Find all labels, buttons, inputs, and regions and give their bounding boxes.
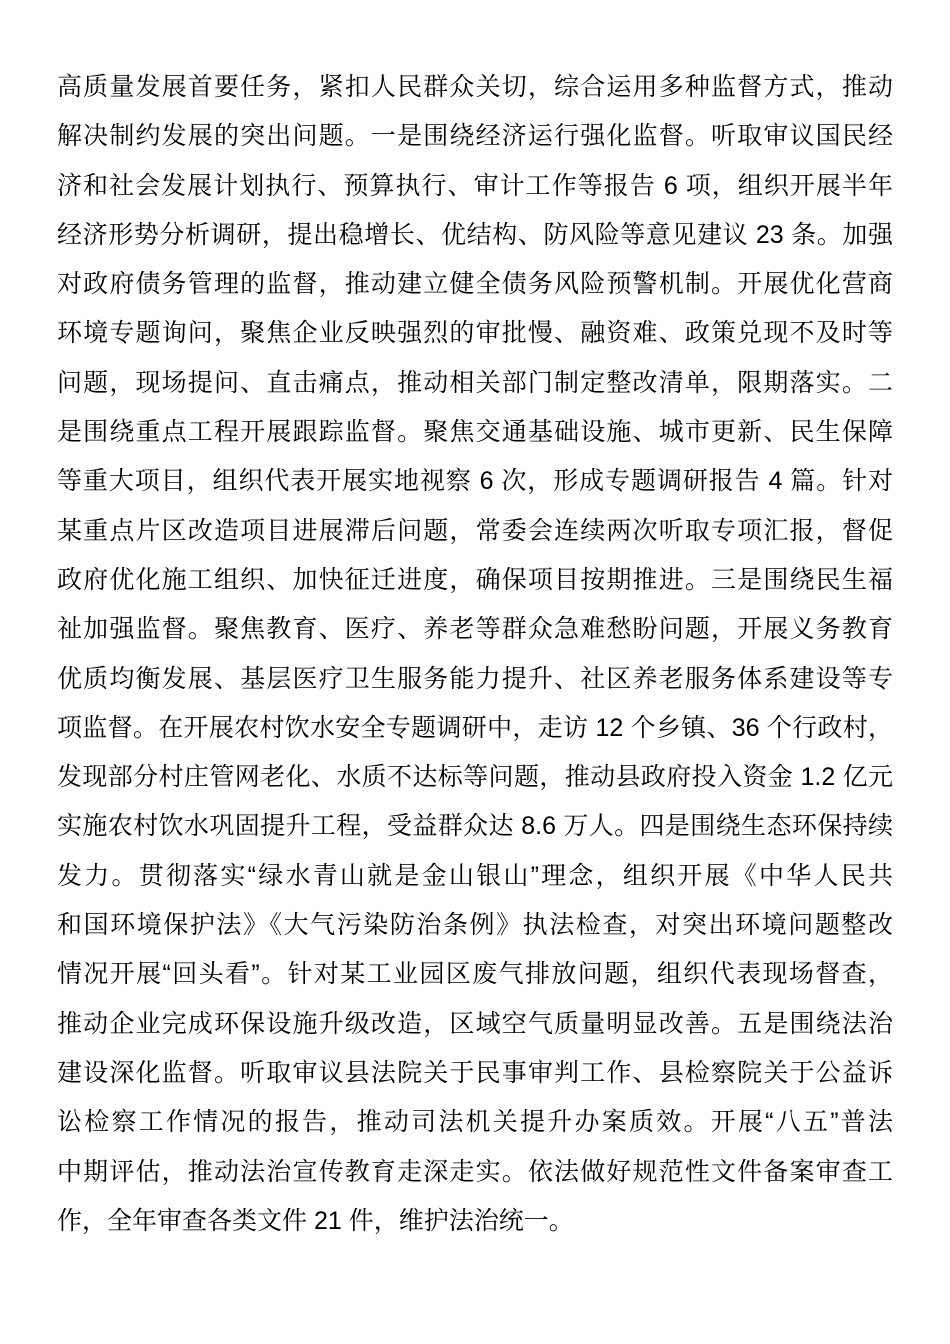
text-line: 问题，现场提问、直击痛点，推动相关部门制定整改清单，限期落实。二 <box>57 359 893 408</box>
text-line: 某重点片区改造项目进展滞后问题，常委会连续两次听取专项汇报，督促 <box>57 507 893 556</box>
text-line: 推动企业完成环保设施升级改造，区域空气质量明显改善。五是围绕法治 <box>57 1000 893 1049</box>
text-line: 发力。贯彻落实“绿水青山就是金山银山”理念，组织开展《中华人民共 <box>57 852 893 901</box>
text-line: 政府优化施工组织、加快征迁进度，确保项目按期推进。三是围绕民生福 <box>57 556 893 605</box>
text-line: 讼检察工作情况的报告，推动司法机关提升办案质效。开展“八五”普法 <box>57 1098 893 1147</box>
text-line: 中期评估，推动法治宣传教育走深走实。依法做好规范性文件备案审查工 <box>57 1148 893 1197</box>
text-line: 项监督。在开展农村饮水安全专题调研中，走访 12 个乡镇、36 个行政村， <box>57 704 893 753</box>
text-line: 实施农村饮水巩固提升工程，受益群众达 8.6 万人。四是围绕生态环保持续 <box>57 802 893 851</box>
text-line: 建设深化监督。听取审议县法院关于民事审判工作、县检察院关于公益诉 <box>57 1049 893 1098</box>
text-line: 环境专题询问，聚焦企业反映强烈的审批慢、融资难、政策兑现不及时等 <box>57 309 893 358</box>
text-line: 经济形势分析调研，提出稳增长、优结构、防风险等意见建议 23 条。加强 <box>57 211 893 260</box>
text-line: 济和社会发展计划执行、预算执行、审计工作等报告 6 项，组织开展半年 <box>57 162 893 211</box>
text-line: 是围绕重点工程开展跟踪监督。聚焦交通基础设施、城市更新、民生保障 <box>57 408 893 457</box>
text-line: 优质均衡发展、基层医疗卫生服务能力提升、社区养老服务体系建设等专 <box>57 655 893 704</box>
text-line: 解决制约发展的突出问题。一是围绕经济运行强化监督。听取审议国民经 <box>57 112 893 161</box>
text-line: 和国环境保护法》《大气污染防治条例》执法检查，对突出环境问题整改 <box>57 901 893 950</box>
paragraph: 高质量发展首要任务，紧扣人民群众关切，综合运用多种监督方式，推动 解决制约发展的… <box>57 63 893 1246</box>
text-line: 对政府债务管理的监督，推动建立健全债务风险预警机制。开展优化营商 <box>57 260 893 309</box>
text-line: 发现部分村庄管网老化、水质不达标等问题，推动县政府投入资金 1.2 亿元 <box>57 753 893 802</box>
text-line: 情况开展“回头看”。针对某工业园区废气排放问题，组织代表现场督查， <box>57 950 893 999</box>
text-line: 高质量发展首要任务，紧扣人民群众关切，综合运用多种监督方式，推动 <box>57 63 893 112</box>
text-line: 等重大项目，组织代表开展实地视察 6 次，形成专题调研报告 4 篇。针对 <box>57 457 893 506</box>
text-line: 祉加强监督。聚焦教育、医疗、养老等群众急难愁盼问题，开展义务教育 <box>57 605 893 654</box>
document-page: 高质量发展首要任务，紧扣人民群众关切，综合运用多种监督方式，推动 解决制约发展的… <box>0 0 950 1344</box>
text-line: 作，全年审查各类文件 21 件，维护法治统一。 <box>57 1197 893 1246</box>
